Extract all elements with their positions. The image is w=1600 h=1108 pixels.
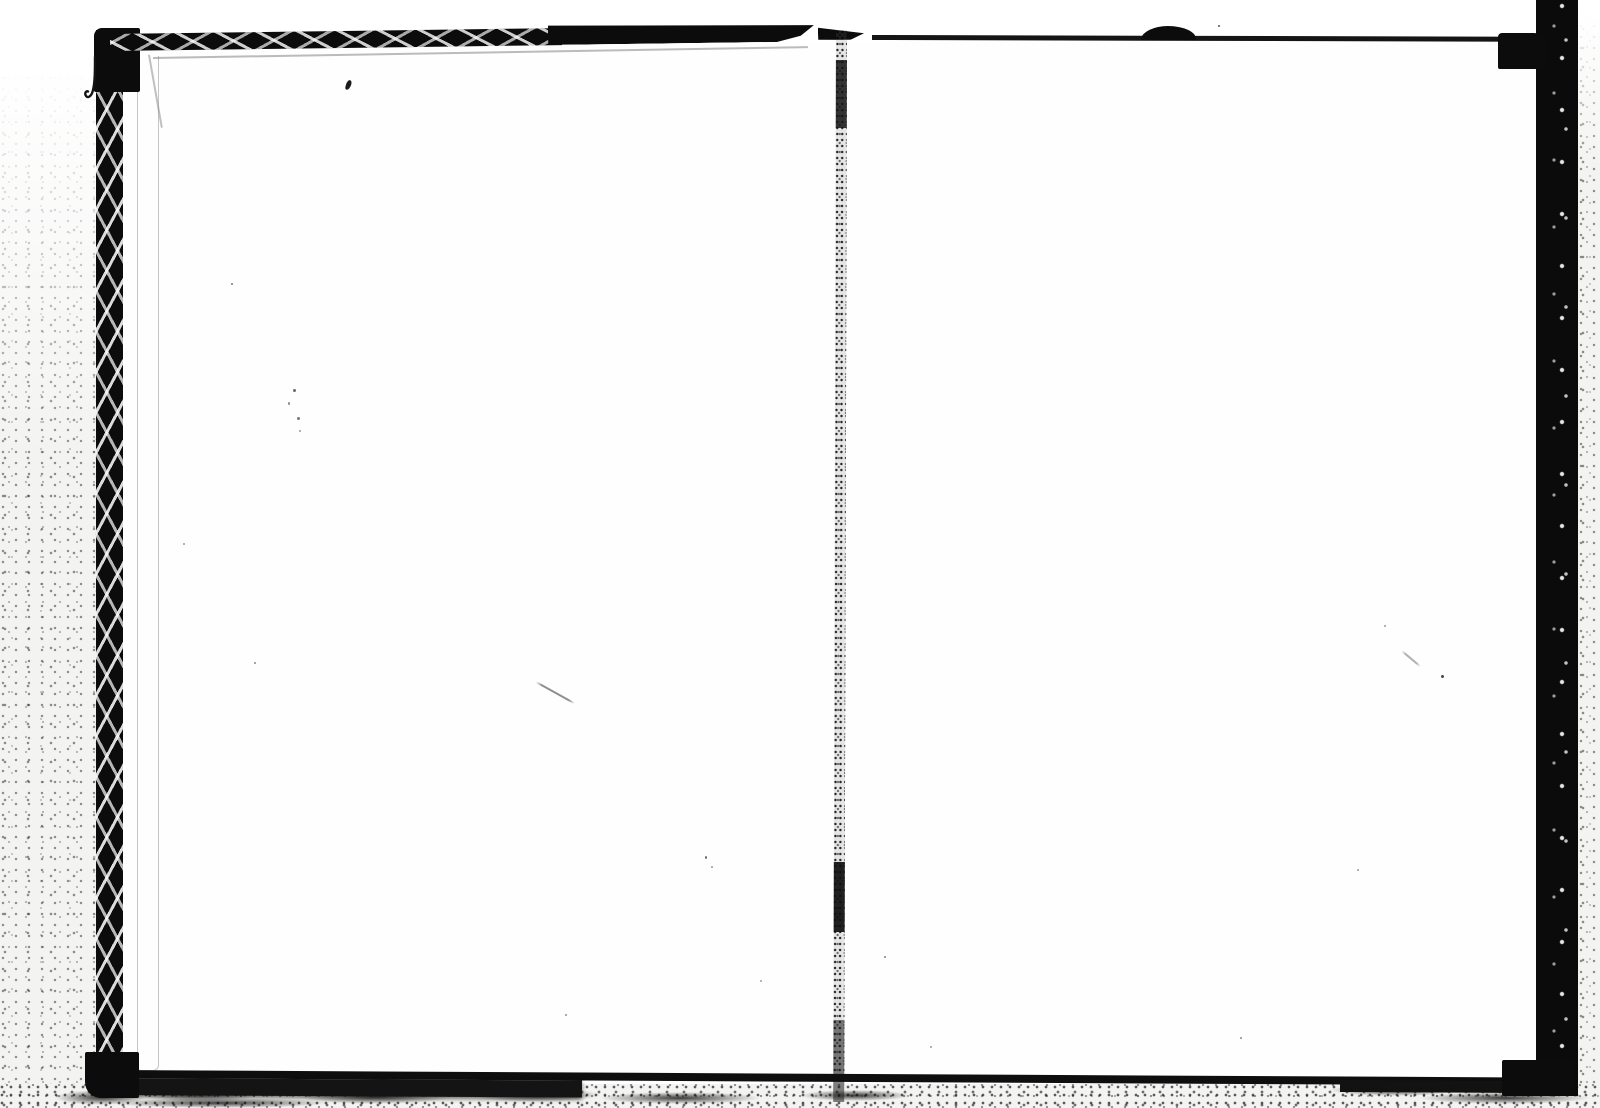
right-page-top-edge-line: [872, 35, 1538, 41]
dust-speck: [884, 956, 886, 958]
spine-gutter: [833, 30, 847, 1076]
scanner-margin-right: [1578, 0, 1600, 1108]
dust-speck: [705, 856, 707, 859]
right-cover-edge: [1536, 0, 1578, 1096]
gutter-dark-segment: [834, 862, 845, 932]
dust-speck: [1357, 869, 1359, 871]
cover-corner-bottom-right: [1502, 1060, 1574, 1096]
top-cover-edge-solid: [548, 21, 814, 45]
cover-corner-bottom-left: [85, 1052, 139, 1098]
dust-speck: [299, 430, 301, 432]
dust-speck: [231, 283, 233, 285]
gutter-dark-segment: [836, 60, 847, 128]
hook-mark: [84, 56, 100, 106]
gutter-dark-segment: [833, 1020, 844, 1102]
margin-fade: [1578, 0, 1600, 170]
dust-speck: [1441, 675, 1444, 678]
bottom-cover-edge-thick-left: [102, 1078, 582, 1098]
dust-speck: [288, 402, 290, 405]
right-page: [847, 42, 1537, 1072]
noise-clump: [800, 1090, 910, 1101]
dust-speck: [293, 389, 296, 392]
page-stack-edge-outline: [137, 56, 159, 1071]
scanned-book-spread: [0, 0, 1600, 1108]
margin-fade: [0, 30, 96, 460]
left-cover-edge: [96, 30, 123, 1078]
dust-speck: [1240, 1037, 1242, 1039]
dust-speck: [1218, 25, 1220, 27]
left-page: [124, 44, 836, 1072]
dust-speck: [930, 1046, 932, 1048]
dust-speck: [760, 980, 762, 982]
noise-clump: [600, 1092, 760, 1104]
scanner-margin-left: [0, 30, 96, 1108]
right-page-top-edge-bump: [1141, 26, 1198, 40]
dust-speck: [183, 543, 185, 545]
dust-speck: [711, 866, 713, 868]
dust-speck: [565, 1014, 567, 1016]
dust-speck: [1384, 625, 1386, 627]
dust-speck: [297, 417, 300, 420]
dust-speck: [254, 662, 256, 664]
cover-corner-top-right: [1498, 33, 1546, 69]
